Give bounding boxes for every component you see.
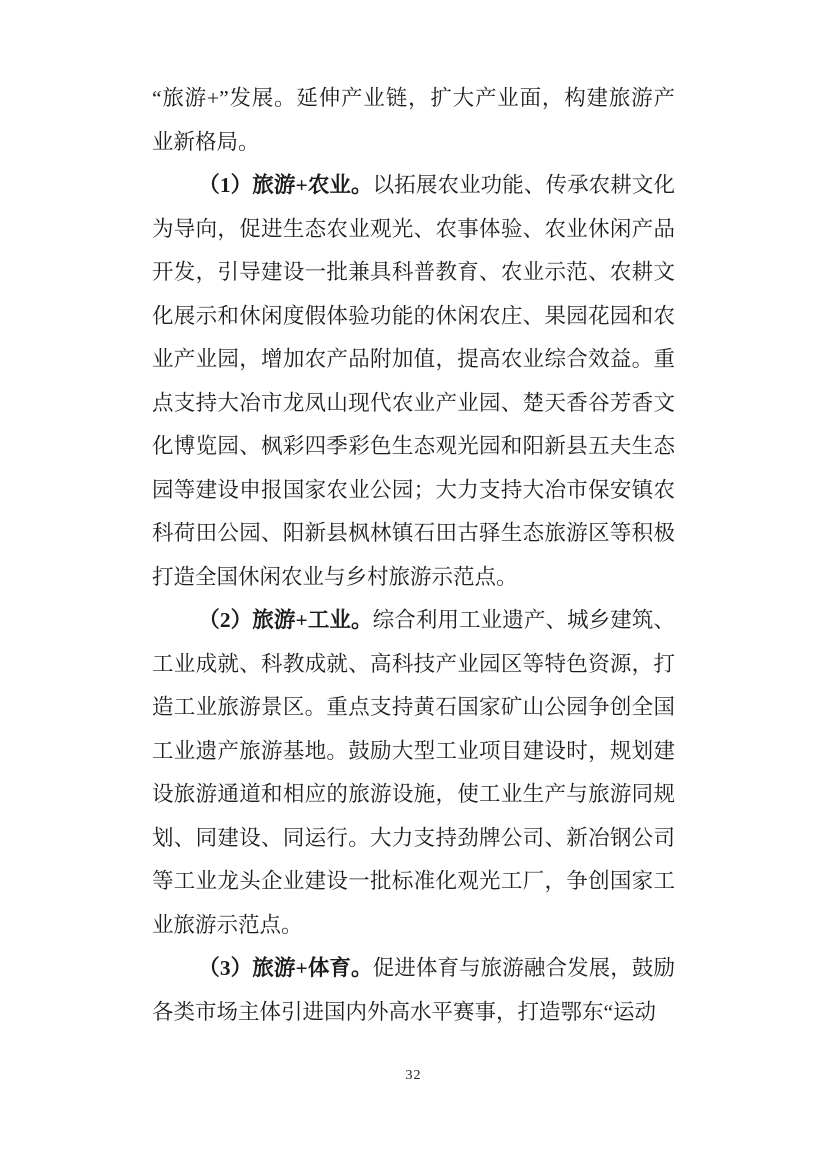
paragraph: （3）旅游+体育。促进体育与旅游融合发展，鼓励各类市场主体引进国内外高水平赛事，… — [152, 947, 675, 1034]
paragraph-text: 综合利用工业遗产、城乡建筑、工业成就、科教成就、高科技产业园区等特色资源，打造工… — [152, 608, 675, 937]
paragraph-lead: （1）旅游+农业。 — [198, 173, 372, 197]
paragraph: “旅游+”发展。延伸产业链，扩大产业面，构建旅游产业新格局。 — [152, 77, 675, 164]
paragraph-text: “旅游+”发展。延伸产业链，扩大产业面，构建旅游产业新格局。 — [152, 86, 675, 154]
paragraph-lead: （2）旅游+工业。 — [198, 608, 372, 632]
page-number: 32 — [0, 1068, 827, 1084]
paragraph-lead: （3）旅游+体育。 — [198, 956, 372, 980]
document-page: “旅游+”发展。延伸产业链，扩大产业面，构建旅游产业新格局。（1）旅游+农业。以… — [0, 0, 827, 1169]
paragraph-text: 以拓展农业功能、传承农耕文化为导向，促进生态农业观光、农事体验、农业休闲产品开发… — [152, 173, 675, 589]
document-body: “旅游+”发展。延伸产业链，扩大产业面，构建旅游产业新格局。（1）旅游+农业。以… — [152, 77, 675, 1034]
paragraph: （2）旅游+工业。综合利用工业遗产、城乡建筑、工业成就、科教成就、高科技产业园区… — [152, 599, 675, 947]
paragraph: （1）旅游+农业。以拓展农业功能、传承农耕文化为导向，促进生态农业观光、农事体验… — [152, 164, 675, 599]
